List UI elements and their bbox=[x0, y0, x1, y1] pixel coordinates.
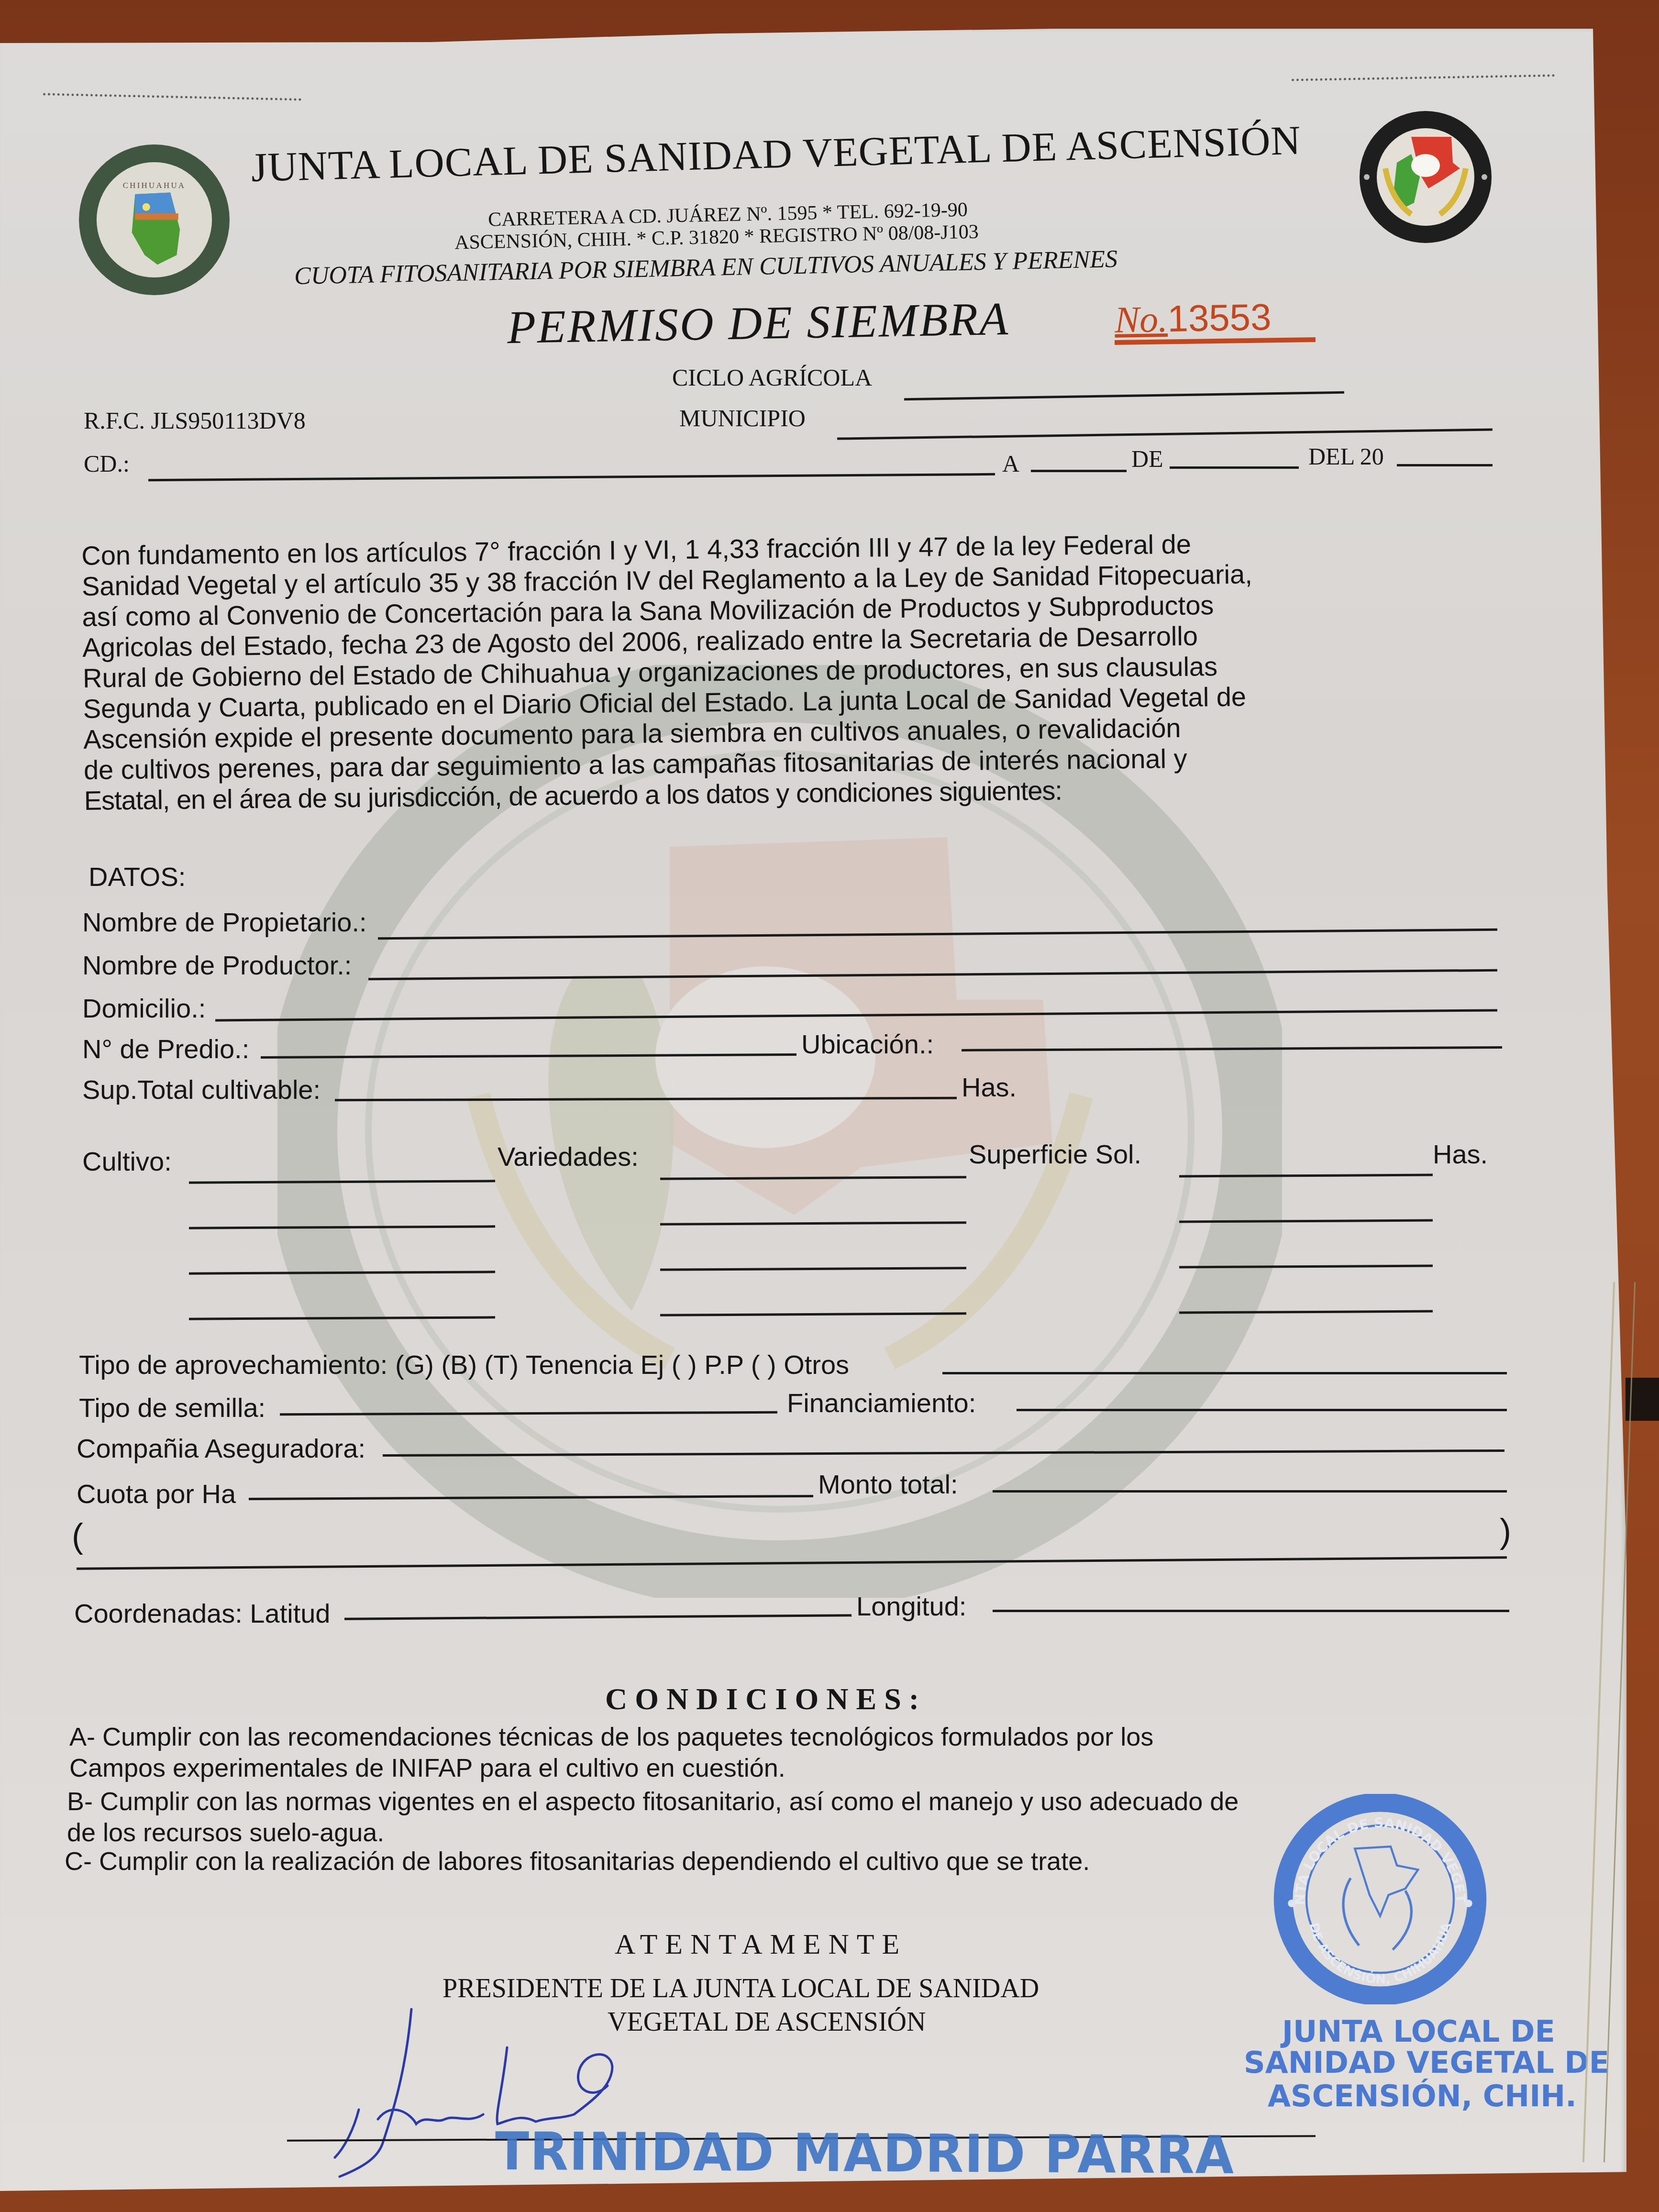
seal-text-line1: JUNTA LOCAL DE bbox=[1282, 2014, 1555, 2049]
superficie-field[interactable] bbox=[1179, 1310, 1433, 1314]
ciclo-agricola-field[interactable] bbox=[904, 391, 1344, 400]
latitud-label: Coordenadas: Latitud bbox=[74, 1598, 331, 1629]
cultivo-field[interactable] bbox=[189, 1271, 495, 1274]
cuota-label: Cuota por Ha bbox=[77, 1478, 236, 1509]
municipio-label: MUNICIPIO bbox=[679, 404, 806, 432]
variedad-field[interactable] bbox=[660, 1267, 966, 1271]
monto-letra-close: ) bbox=[1500, 1512, 1511, 1551]
condicion-b-line2: de los recursos suelo-agua. bbox=[67, 1818, 384, 1847]
document-subtitle: CUOTA FITOSANITARIA POR SIEMBRA EN CULTI… bbox=[294, 245, 1118, 290]
semilla-label: Tipo de semilla: bbox=[79, 1392, 265, 1423]
predio-label: N° de Predio.: bbox=[82, 1033, 249, 1064]
document-title: PERMISO DE SIEMBRA bbox=[507, 292, 1010, 354]
junta-local-seal-icon bbox=[1354, 105, 1497, 249]
organization-title: JUNTA LOCAL DE SANIDAD VEGETAL DE ASCENS… bbox=[251, 116, 1302, 191]
monto-label: Monto total: bbox=[818, 1469, 958, 1500]
sup-total-unit: Has. bbox=[962, 1072, 1017, 1103]
cuota-field[interactable] bbox=[249, 1495, 813, 1500]
monto-letra-open: ( bbox=[72, 1516, 83, 1556]
legal-preamble: Con fundamento en los artículos 7° fracc… bbox=[81, 526, 1500, 816]
superficie-unit: Has. bbox=[1433, 1139, 1488, 1170]
folio-value: 13553 bbox=[1167, 296, 1272, 340]
a-label: A bbox=[1002, 450, 1019, 477]
domicilio-field[interactable] bbox=[215, 1009, 1497, 1021]
ubicacion-field[interactable] bbox=[962, 1046, 1502, 1051]
dotted-mark-left bbox=[43, 93, 301, 100]
folio-number: No.13553 bbox=[1114, 295, 1272, 342]
seal-text-line3: ASCENSIÓN, CHIH. bbox=[1268, 2079, 1577, 2113]
propietario-label: Nombre de Propietario.: bbox=[82, 907, 367, 938]
condicion-b-line1: B- Cumplir con las normas vigentes en el… bbox=[67, 1787, 1239, 1816]
aprovechamiento-label: Tipo de aprovechamiento: (G) (B) (T) Ten… bbox=[79, 1349, 849, 1380]
datos-heading: DATOS: bbox=[88, 861, 186, 892]
condicion-a-line1: A- Cumplir con las recomendaciones técni… bbox=[69, 1722, 1153, 1752]
month-field[interactable] bbox=[1170, 466, 1299, 469]
cultivo-field[interactable] bbox=[189, 1316, 495, 1320]
rfc-text: R.F.C. JLS950113DV8 bbox=[84, 407, 306, 434]
comite-estatal-seal-icon: CHIHUAHUA bbox=[74, 140, 234, 300]
superficie-label: Superficie Sol. bbox=[969, 1139, 1141, 1170]
signer-title-line1: PRESIDENTE DE LA JUNTA LOCAL DE SANIDAD bbox=[442, 1973, 1039, 2004]
variedad-field[interactable] bbox=[660, 1176, 966, 1180]
cultivo-label: Cultivo: bbox=[82, 1146, 172, 1177]
superficie-field[interactable] bbox=[1179, 1219, 1433, 1223]
variedad-field[interactable] bbox=[660, 1221, 966, 1225]
seal-text-line2: SANIDAD VEGETAL DE bbox=[1244, 2045, 1609, 2080]
cd-label: CD.: bbox=[84, 450, 130, 477]
longitud-label: Longitud: bbox=[856, 1591, 966, 1622]
cultivo-field[interactable] bbox=[189, 1180, 495, 1183]
sup-total-field[interactable] bbox=[335, 1097, 957, 1102]
cultivo-field[interactable] bbox=[189, 1225, 495, 1229]
year-field[interactable] bbox=[1397, 464, 1493, 466]
official-seal-stamp-icon: JUNTA LOCAL DE SANIDAD VEGETAL DE ASCENS… bbox=[1272, 1794, 1488, 2004]
signer-name-stamp: TRINIDAD MADRID PARRA bbox=[495, 2121, 1235, 2186]
sup-total-label: Sup.Total cultivable: bbox=[82, 1074, 321, 1105]
cd-field[interactable] bbox=[148, 473, 995, 481]
superficie-field[interactable] bbox=[1179, 1265, 1433, 1269]
folio-prefix: No. bbox=[1114, 298, 1168, 341]
longitud-field[interactable] bbox=[993, 1610, 1509, 1612]
dotted-mark-right bbox=[1292, 74, 1555, 81]
domicilio-label: Domicilio.: bbox=[82, 993, 206, 1024]
monto-field[interactable] bbox=[993, 1490, 1507, 1493]
permit-document: CHIHUAHUA JUNTA LOCAL DE SANIDAD VEGETAL… bbox=[0, 29, 1626, 2196]
de-label: DE bbox=[1131, 445, 1163, 473]
superficie-field[interactable] bbox=[1179, 1174, 1433, 1178]
ubicacion-label: Ubicación.: bbox=[801, 1029, 934, 1060]
day-field[interactable] bbox=[1031, 470, 1127, 472]
financiamiento-field[interactable] bbox=[1017, 1409, 1507, 1411]
productor-field[interactable] bbox=[368, 969, 1497, 981]
atentamente-text: ATENTAMENTE bbox=[615, 1928, 907, 1961]
aseguradora-field[interactable] bbox=[383, 1449, 1504, 1457]
monto-letra-field[interactable] bbox=[77, 1556, 1507, 1570]
variedad-field[interactable] bbox=[660, 1312, 966, 1316]
ciclo-agricola-label: CICLO AGRÍCOLA bbox=[672, 364, 872, 391]
municipio-field[interactable] bbox=[837, 428, 1493, 440]
latitud-field[interactable] bbox=[344, 1614, 852, 1620]
semilla-field[interactable] bbox=[280, 1411, 777, 1416]
productor-label: Nombre de Productor.: bbox=[82, 950, 352, 981]
financiamiento-label: Financiamiento: bbox=[787, 1387, 976, 1418]
aseguradora-label: Compañia Aseguradora: bbox=[77, 1433, 365, 1464]
condicion-a-line2: Campos experimentales de INIFAP para el … bbox=[69, 1753, 785, 1783]
otros-field[interactable] bbox=[942, 1372, 1507, 1374]
condiciones-title: CONDICIONES: bbox=[605, 1681, 927, 1717]
condicion-c: C- Cumplir con la realización de labores… bbox=[65, 1847, 1090, 1876]
del-label: DEL 20 bbox=[1308, 442, 1384, 470]
variedades-label: Variedades: bbox=[498, 1141, 639, 1172]
predio-field[interactable] bbox=[261, 1053, 796, 1059]
propietario-field[interactable] bbox=[378, 929, 1497, 940]
svg-text:CHIHUAHUA: CHIHUAHUA bbox=[123, 181, 186, 190]
